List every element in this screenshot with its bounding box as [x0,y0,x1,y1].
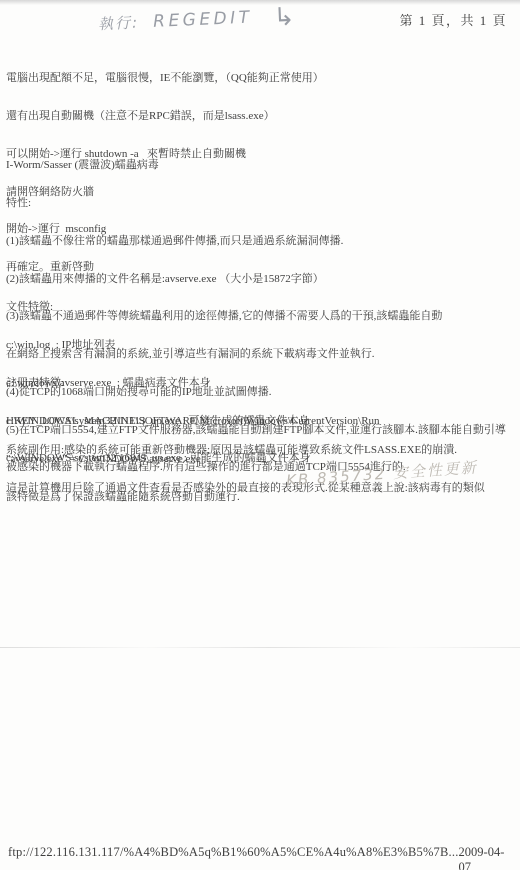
side-effect-line: 系統副作用:感染的系統可能重新啓動機器;原因是該蠕蟲可能導致系統文件LSASS.… [6,444,518,457]
registry-section-label: 註冊表特徵: [6,377,518,390]
handwritten-annotation-top: 執行: REGEDIT ↳ [97,2,295,40]
footer-ftp-url: ftp://122.116.131.117/%A4%BD%A5q%B1%60%A… [8,845,459,860]
side-effect-line: 這是計算機用戶除了通過文件查看是否感染外的最直接的表現形式.從某種意義上說:該病… [6,482,518,495]
scan-crease-line [0,647,520,648]
file-path-line: c:\win.log : IP地址列表 [6,339,518,352]
footer-print-date: 2009-04-07 [459,845,508,870]
worm-traits-label: 特性: [6,197,518,210]
intro-line: 電腦出現配額不足，電腦很慢，IE不能瀏覽，（QQ能夠正常使用） [6,72,518,85]
print-footer: ftp://122.116.131.117/%A4%BD%A5q%B1%60%A… [8,845,508,870]
intro-line: 還有出現自動關機（注意不是RPC錯誤，而是lsass.exe） [6,110,518,123]
worm-title: I-Worm/Sasser (震盪波)蠕蟲病毒 [6,159,518,172]
scanned-document-page: 第 1 頁，共 1 頁 執行: REGEDIT ↳ 電腦出現配額不足，電腦很慢，… [0,0,520,870]
down-right-arrow-icon: ↳ [273,2,295,32]
handwritten-run-label: 執行: [98,14,140,34]
file-section-label: 文件特徵: [6,301,518,314]
handwritten-command-regedit: REGEDIT [153,8,253,32]
worm-trait-line: (1)該蠕蟲不像往常的蠕蟲那樣通過郵件傳播,而只是通過系統漏洞傳播. [6,235,518,248]
page-indicator: 第 1 頁，共 1 頁 [399,10,507,29]
